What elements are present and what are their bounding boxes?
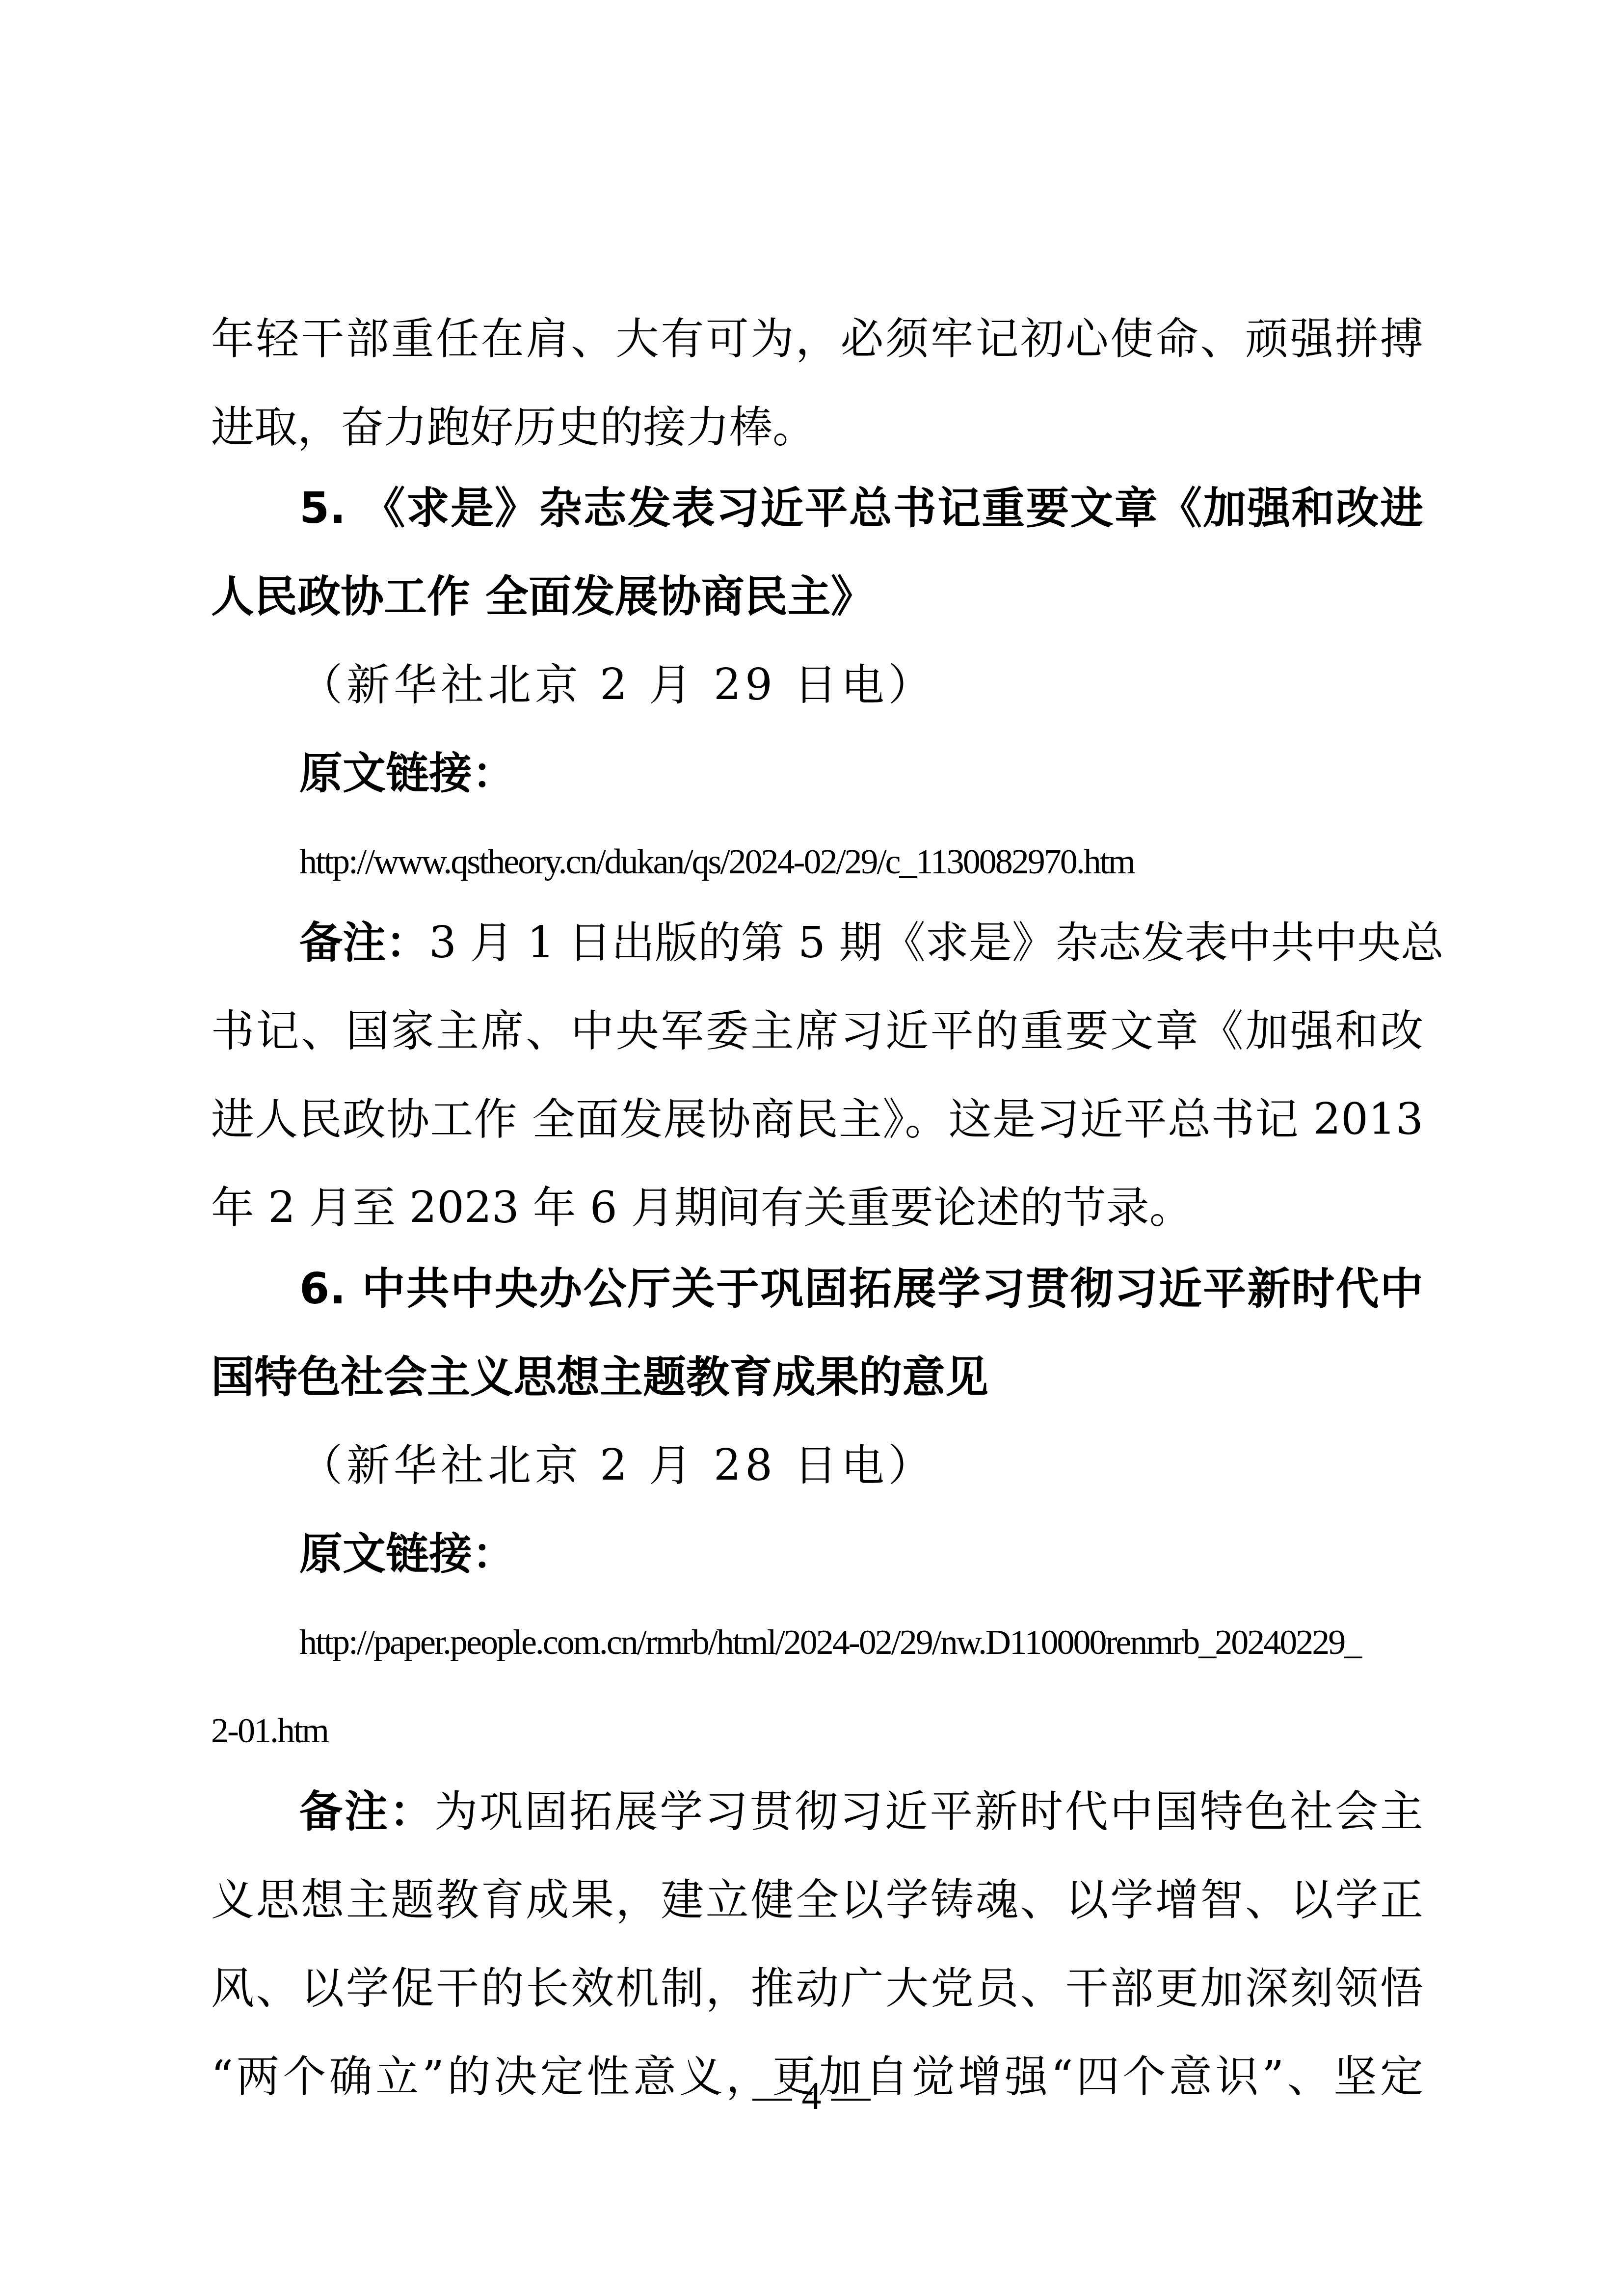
source-link-url-part2[interactable]: 2-01.htm (211, 1711, 328, 1750)
note-line: 进人民政协工作 全面发展协商民主》。这是习近平总书记 2013 (211, 1090, 1423, 1149)
document-page: 年轻干部重任在肩、大有可为，必须牢记初心使命、顽强拼搏 进取，奋力跑好历史的接力… (0, 0, 1623, 2296)
item-heading: 人民政协工作 全面发展协商民主》 (211, 567, 1423, 626)
source-link-url[interactable]: http://www.qstheory.cn/dukan/qs/2024-02/… (299, 842, 1134, 881)
dateline: （新华社北京 2 月 29 日电） (299, 655, 1423, 714)
item-heading: 国特色社会主义思想主题教育成果的意见 (211, 1348, 1423, 1406)
link-label: 原文链接： (299, 744, 1423, 803)
dateline: （新华社北京 2 月 28 日电） (299, 1436, 1423, 1495)
item-heading: 6. 中共中央办公厅关于巩固拓展学习贯彻习近平新时代中 (299, 1259, 1423, 1318)
body-text-line: 进取，奋力跑好历史的接力棒。 (211, 398, 1423, 457)
note-line: 义思想主题教育成果，建立健全以学铸魂、以学增智、以学正 (211, 1870, 1423, 1929)
item-heading: 5. 《求是》杂志发表习近平总书记重要文章《加强和改进 (299, 479, 1423, 538)
source-link[interactable]: http://www.qstheory.cn/dukan/qs/2024-02/… (299, 832, 1423, 891)
source-link[interactable]: http://paper.people.com.cn/rmrb/html/202… (299, 1613, 1423, 1672)
note-label: 备注： (299, 1786, 434, 1837)
note-label: 备注： (299, 917, 429, 968)
note-text: 3 月 1 日出版的第 5 期《求是》杂志发表中共中央总 (429, 917, 1444, 968)
source-link-url-part1[interactable]: http://paper.people.com.cn/rmrb/html/202… (299, 1622, 1360, 1662)
note-line: 年 2 月至 2023 年 6 月期间有关重要论述的节录。 (211, 1178, 1423, 1237)
note-line: 风、以学促干的长效机制，推动广大党员、干部更加深刻领悟 (211, 1959, 1423, 2018)
body-text-line: 年轻干部重任在肩、大有可为，必须牢记初心使命、顽强拼搏 (211, 309, 1423, 368)
source-link-continued[interactable]: 2-01.htm (211, 1701, 1423, 1760)
note-line: 备注：为巩固拓展学习贯彻习近平新时代中国特色社会主 (299, 1782, 1423, 1841)
link-label: 原文链接： (299, 1524, 1423, 1583)
note-line: 备注：3 月 1 日出版的第 5 期《求是》杂志发表中共中央总 (299, 913, 1423, 972)
page-number: — 4 — (0, 2072, 1623, 2121)
note-line: 书记、国家主席、中央军委主席习近平的重要文章《加强和改 (211, 1001, 1423, 1060)
note-text: 为巩固拓展学习贯彻习近平新时代中国特色社会主 (434, 1786, 1423, 1837)
